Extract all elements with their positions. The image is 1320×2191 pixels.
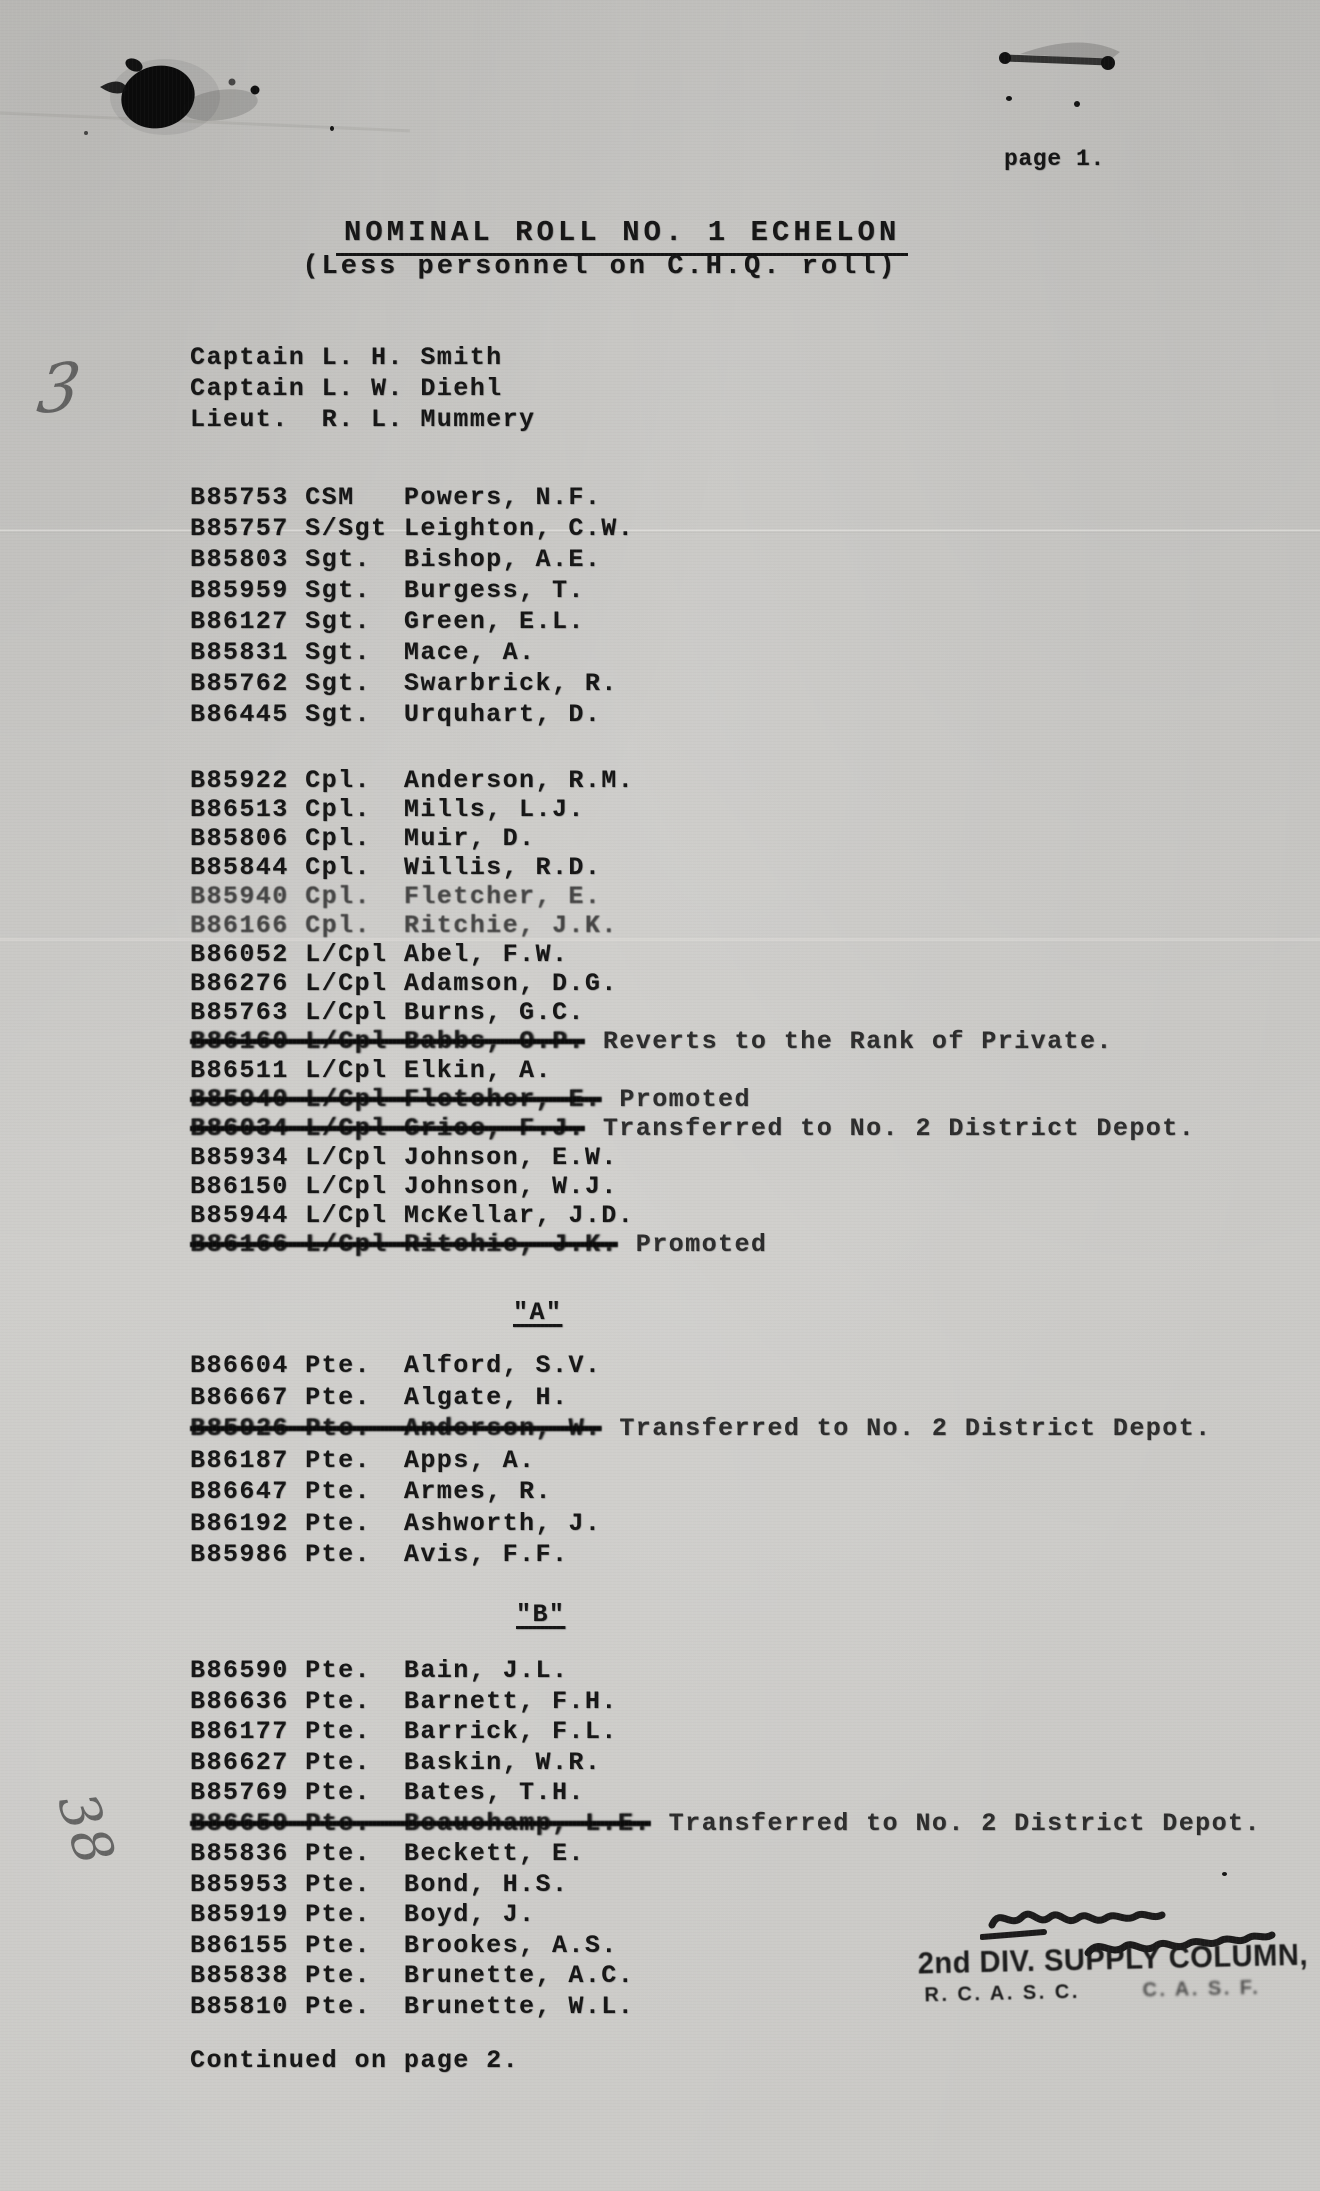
roster-entry: B86150 L/Cpl Johnson, W.J. — [190, 1172, 618, 1201]
ink-speck — [84, 131, 88, 135]
roster-entry: B85944 L/Cpl McKellar, J.D. — [190, 1201, 634, 1230]
roster-entry: B85919 Pte. Boyd, J. — [190, 1900, 536, 1929]
roster-entry: B85836 Pte. Beckett, E. — [190, 1839, 585, 1868]
roster-row: B86166 L/Cpl Ritchie, J.K.Promoted — [190, 1230, 1195, 1259]
roster-annotation: Promoted — [601, 1085, 751, 1114]
roster-entry: B85940 Cpl. Fletcher, E. — [190, 882, 601, 911]
ink-speck — [1074, 101, 1080, 107]
paper-crease — [0, 111, 410, 133]
roster-row: B85806 Cpl. Muir, D. — [190, 824, 1195, 853]
roster-row: B86150 L/Cpl Johnson, W.J. — [190, 1172, 1195, 1201]
roster-row: B85831 Sgt. Mace, A. — [190, 637, 634, 668]
top-right-smudge — [960, 30, 1180, 90]
roster-entry: B86166 Cpl. Ritchie, J.K. — [190, 911, 618, 940]
roster-row: B86192 Pte. Ashworth, J. — [190, 1508, 1212, 1540]
roster-entry: B86627 Pte. Baskin, W.R. — [190, 1748, 601, 1777]
roster-row: B85753 CSM Powers, N.F. — [190, 482, 634, 513]
roster-entry: B85844 Cpl. Willis, R.D. — [190, 853, 601, 882]
roster-row: B85944 L/Cpl McKellar, J.D. — [190, 1201, 1195, 1230]
roster-annotation: Reverts to the Rank of Private. — [585, 1027, 1113, 1056]
roster-entry: B85838 Pte. Brunette, A.C. — [190, 1961, 634, 1990]
roster-annotation: Transferred to No. 2 District Depot. — [601, 1414, 1211, 1443]
roster-entry: B86192 Pte. Ashworth, J. — [190, 1509, 601, 1538]
ink-speck — [330, 126, 334, 131]
roster-row: B86187 Pte. Apps, A. — [190, 1445, 1212, 1477]
roster-entry: B86155 Pte. Brookes, A.S. — [190, 1931, 618, 1960]
roster-entry: B85953 Pte. Bond, H.S. — [190, 1870, 568, 1899]
roster-row: B85986 Pte. Avis, F.F. — [190, 1539, 1212, 1571]
roster-row: B86636 Pte. Barnett, F.H. — [190, 1687, 1261, 1718]
roster-section-ncos: B85753 CSM Powers, N.F.B85757 S/Sgt Leig… — [190, 482, 634, 730]
roster-entry: B85959 Sgt. Burgess, T. — [190, 576, 585, 605]
roster-section-corporals: B85922 Cpl. Anderson, R.M.B86513 Cpl. Mi… — [190, 766, 1195, 1259]
section-header-a: "A" — [513, 1298, 562, 1327]
roster-row: B85926 Pte. Anderson, W.Transferred to N… — [190, 1413, 1212, 1445]
roster-entry: B86667 Pte. Algate, H. — [190, 1383, 568, 1412]
officer-line: Captain L. H. Smith — [190, 342, 536, 373]
roster-annotation: Promoted — [618, 1230, 768, 1259]
roster-row: B85934 L/Cpl Johnson, E.W. — [190, 1143, 1195, 1172]
roster-row: B85953 Pte. Bond, H.S. — [190, 1870, 1261, 1901]
roster-entry: B85803 Sgt. Bishop, A.E. — [190, 545, 601, 574]
ink-blot — [70, 35, 330, 155]
roster-row: B85959 Sgt. Burgess, T. — [190, 575, 634, 606]
roster-row: B86052 L/Cpl Abel, F.W. — [190, 940, 1195, 969]
roster-section-a: B86604 Pte. Alford, S.V.B86667 Pte. Alga… — [190, 1350, 1212, 1571]
roster-entry: B86590 Pte. Bain, J.L. — [190, 1656, 568, 1685]
unit-stamp-rcasc: R. C. A. S. C. — [924, 1981, 1080, 2008]
roster-row: B86127 Sgt. Green, E.L. — [190, 606, 634, 637]
roster-entry-struck: B85940 L/Cpl Fletcher, E. — [180, 1085, 611, 1114]
officers-list: Captain L. H. SmithCaptain L. W. DiehlLi… — [190, 342, 536, 435]
roster-entry: B86636 Pte. Barnett, F.H. — [190, 1687, 618, 1716]
roster-row: B85940 Cpl. Fletcher, E. — [190, 882, 1195, 911]
document-subtitle: (Less personnel on C.H.Q. roll) — [0, 252, 1200, 282]
unit-stamp: 2nd DIV. SUPPLY COLUMN, R. C. A. S. C. C… — [917, 1936, 1318, 2007]
officer-line: Lieut. R. L. Mummery — [190, 404, 536, 435]
unit-stamp-line1: 2nd DIV. SUPPLY COLUMN, — [917, 1937, 1294, 1982]
roster-row: B86166 Cpl. Ritchie, J.K. — [190, 911, 1195, 940]
roster-entry: B86177 Pte. Barrick, F.L. — [190, 1717, 618, 1746]
roster-row: B85919 Pte. Boyd, J. — [190, 1900, 1261, 1931]
roster-annotation: Transferred to No. 2 District Depot. — [651, 1809, 1261, 1838]
roster-row: B85769 Pte. Bates, T.H. — [190, 1778, 1261, 1809]
roster-entry: B86604 Pte. Alford, S.V. — [190, 1351, 601, 1380]
roster-row: B86627 Pte. Baskin, W.R. — [190, 1748, 1261, 1779]
roster-row: B85844 Cpl. Willis, R.D. — [190, 853, 1195, 882]
roster-entry: B86513 Cpl. Mills, L.J. — [190, 795, 585, 824]
continued-note: Continued on page 2. — [190, 2046, 519, 2075]
scanned-document-page: 3 38 page 1. NOMINAL ROLL NO. 1 ECHELON … — [0, 0, 1320, 2191]
roster-row: B86445 Sgt. Urquhart, D. — [190, 699, 634, 730]
roster-entry-struck: B86166 L/Cpl Ritchie, J.K. — [180, 1230, 628, 1259]
roster-row: B86276 L/Cpl Adamson, D.G. — [190, 969, 1195, 998]
roster-entry: B85810 Pte. Brunette, W.L. — [190, 1992, 634, 2021]
roster-entry: B86127 Sgt. Green, E.L. — [190, 607, 585, 636]
pencil-mark-lower: 38 — [45, 1785, 127, 1874]
section-header-b: "B" — [516, 1600, 565, 1629]
roster-row: B85757 S/Sgt Leighton, C.W. — [190, 513, 634, 544]
roster-entry-struck: B86160 L/Cpl Babbs, O.P. — [180, 1027, 595, 1056]
roster-row: B86659 Pte. Beauchamp, L.E.Transferred t… — [190, 1809, 1261, 1840]
roster-entry: B86187 Pte. Apps, A. — [190, 1446, 536, 1475]
roster-row: B86513 Cpl. Mills, L.J. — [190, 795, 1195, 824]
roster-entry: B86647 Pte. Armes, R. — [190, 1477, 552, 1506]
roster-entry: B85757 S/Sgt Leighton, C.W. — [190, 514, 634, 543]
roster-entry: B85934 L/Cpl Johnson, E.W. — [190, 1143, 618, 1172]
roster-row: B86590 Pte. Bain, J.L. — [190, 1656, 1261, 1687]
roster-entry: B85769 Pte. Bates, T.H. — [190, 1778, 585, 1807]
officer-line: Captain L. W. Diehl — [190, 373, 536, 404]
roster-annotation: Transferred to No. 2 District Depot. — [585, 1114, 1195, 1143]
roster-entry: B86052 L/Cpl Abel, F.W. — [190, 940, 568, 969]
roster-row: B86160 L/Cpl Babbs, O.P.Reverts to the R… — [190, 1027, 1195, 1056]
roster-entry: B85763 L/Cpl Burns, G.C. — [190, 998, 585, 1027]
roster-row: B85803 Sgt. Bishop, A.E. — [190, 544, 634, 575]
roster-entry: B85986 Pte. Avis, F.F. — [190, 1540, 568, 1569]
roster-row: B85762 Sgt. Swarbrick, R. — [190, 668, 634, 699]
roster-entry: B86445 Sgt. Urquhart, D. — [190, 700, 601, 729]
roster-entry: B85806 Cpl. Muir, D. — [190, 824, 536, 853]
roster-row: B86034 L/Cpl Grice, F.J.Transferred to N… — [190, 1114, 1195, 1143]
roster-row: B86177 Pte. Barrick, F.L. — [190, 1717, 1261, 1748]
page-number: page 1. — [1004, 146, 1105, 172]
roster-row: B86604 Pte. Alford, S.V. — [190, 1350, 1212, 1382]
roster-entry: B85922 Cpl. Anderson, R.M. — [190, 766, 634, 795]
roster-entry: B85831 Sgt. Mace, A. — [190, 638, 536, 667]
roster-row: B86511 L/Cpl Elkin, A. — [190, 1056, 1195, 1085]
roster-entry: B85762 Sgt. Swarbrick, R. — [190, 669, 618, 698]
roster-row: B85922 Cpl. Anderson, R.M. — [190, 766, 1195, 795]
roster-row: B86647 Pte. Armes, R. — [190, 1476, 1212, 1508]
roster-row: B85940 L/Cpl Fletcher, E.Promoted — [190, 1085, 1195, 1114]
roster-entry: B85753 CSM Powers, N.F. — [190, 483, 601, 512]
roster-row: B86667 Pte. Algate, H. — [190, 1382, 1212, 1414]
unit-stamp-casf: C. A. S. F. — [1142, 1977, 1260, 2003]
roster-row: B85836 Pte. Beckett, E. — [190, 1839, 1261, 1870]
pencil-mark-upper: 3 — [33, 348, 84, 430]
roster-entry: B86511 L/Cpl Elkin, A. — [190, 1056, 552, 1085]
ink-speck — [1006, 96, 1012, 101]
roster-entry-struck: B86034 L/Cpl Grice, F.J. — [180, 1114, 595, 1143]
document-title-text: NOMINAL ROLL NO. 1 ECHELON — [336, 216, 908, 256]
roster-entry: B86276 L/Cpl Adamson, D.G. — [190, 969, 618, 998]
roster-entry-struck: B86659 Pte. Beauchamp, L.E. — [180, 1809, 661, 1838]
roster-row: B85763 L/Cpl Burns, G.C. — [190, 998, 1195, 1027]
roster-entry-struck: B85926 Pte. Anderson, W. — [180, 1414, 611, 1443]
